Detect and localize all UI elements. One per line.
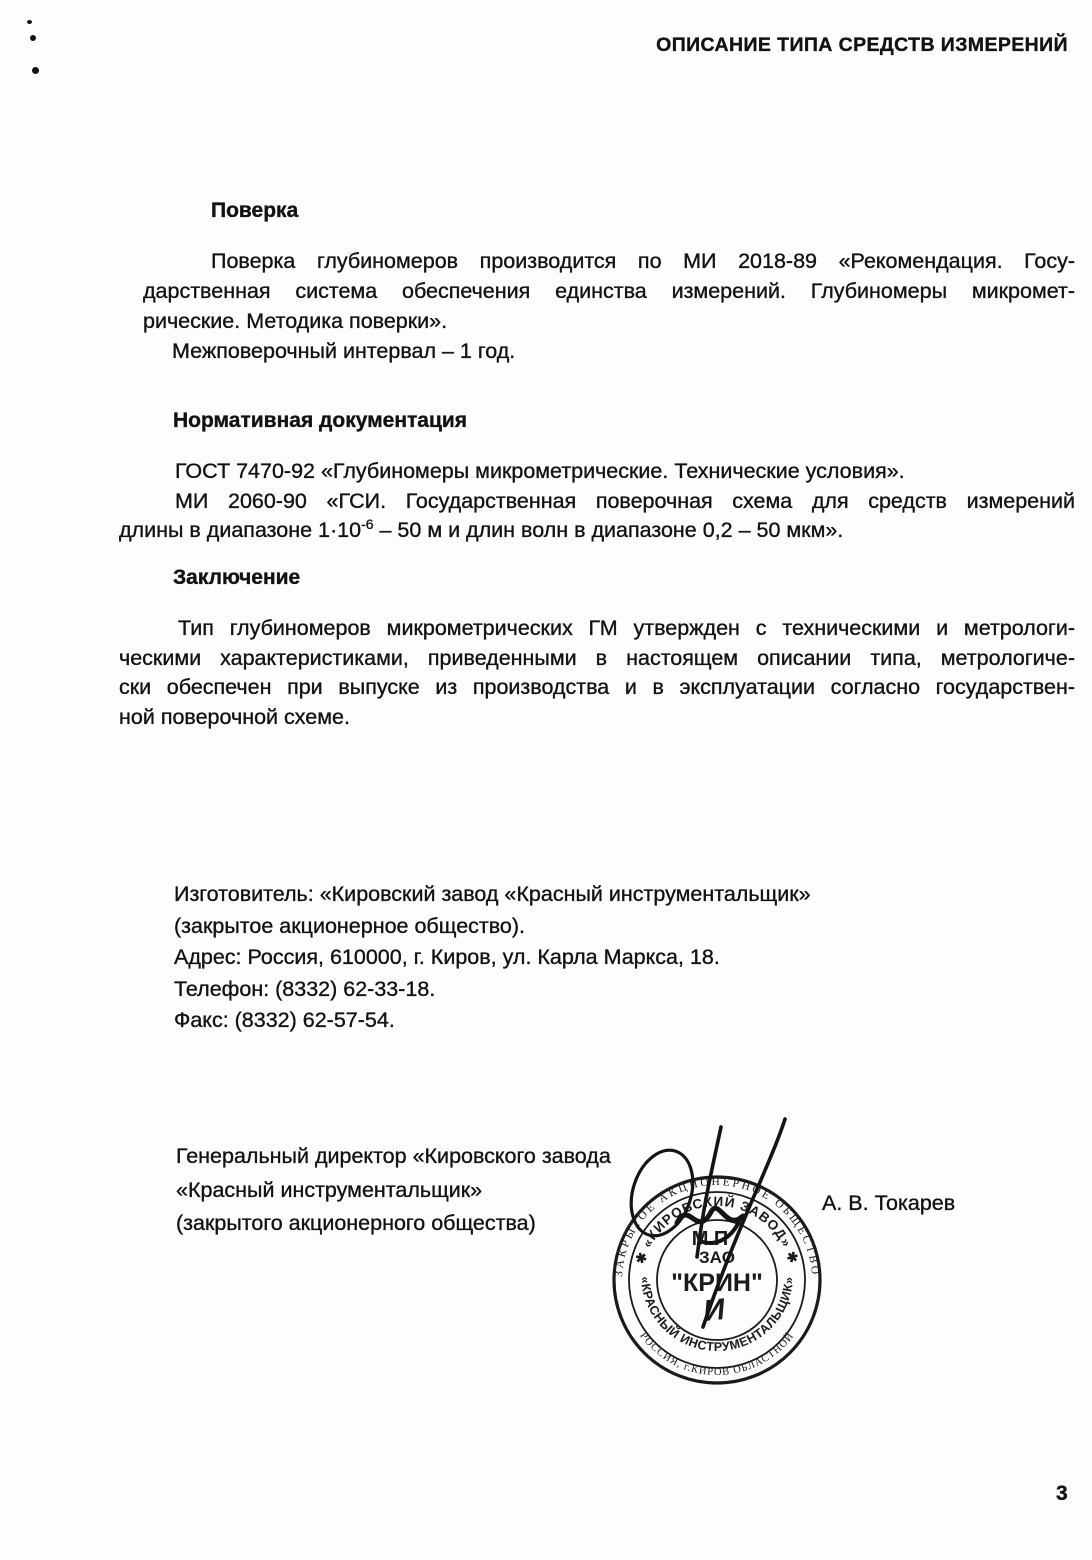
section-heading-normative: Нормативная документация (173, 409, 467, 433)
director-line: (закрытого акционерного общества) (176, 1207, 611, 1241)
company-stamp: ЗАКРЫТОЕ АКЦИОНЕРНОЕ ОБЩЕСТВО РОССИЯ, г.… (585, 1105, 865, 1405)
poverka-paragraph: Поверка глубиномеров производится по МИ … (143, 246, 1075, 366)
section-heading-poverka: Поверка (211, 199, 298, 223)
director-line: «Красный инструментальщик» (176, 1174, 611, 1208)
body-line: Тип глубиномеров микрометрических ГМ утв… (119, 614, 1075, 644)
body-line: ной поверочной схеме. (119, 703, 1075, 733)
body-line: ски обеспечен при выпуске из производств… (119, 673, 1075, 703)
scan-speck (32, 67, 39, 74)
body-line: длины в диапазоне 1·10-6 – 50 м и длин в… (119, 516, 1075, 546)
scan-speck (27, 20, 32, 24)
document-page: ОПИСАНИЕ ТИПА СРЕДСТВ ИЗМЕРЕНИЙ Поверка … (0, 0, 1092, 1560)
section-heading-conclusion: Заключение (173, 566, 300, 590)
body-line: ческими характеристиками, приведенными в… (119, 644, 1075, 674)
manufacturer-line: Изготовитель: «Кировский завод «Красный … (174, 879, 811, 911)
body-line: Поверка глубиномеров производится по МИ … (143, 246, 1075, 276)
conclusion-paragraph: Тип глубиномеров микрометрических ГМ утв… (119, 614, 1075, 732)
body-line-part: – 50 м и длин волн в диапазоне 0,2 – 50 … (374, 518, 844, 542)
body-line: дарственная система обеспечения единства… (143, 276, 1075, 306)
body-line: МИ 2060-90 «ГСИ. Государственная повероч… (119, 487, 1075, 517)
body-line: Межповерочный интервал – 1 год. (143, 336, 1075, 366)
director-title-block: Генеральный директор «Кировского завода … (176, 1140, 611, 1241)
manufacturer-line: (закрытое акционерное общество). (174, 911, 811, 943)
manufacturer-block: Изготовитель: «Кировский завод «Красный … (174, 879, 811, 1037)
manufacturer-line: Телефон: (8332) 62-33-18. (174, 974, 811, 1006)
manufacturer-line: Адрес: Россия, 610000, г. Киров, ул. Кар… (174, 942, 811, 974)
superscript-exponent: -6 (361, 516, 373, 532)
manufacturer-line: Факс: (8332) 62-57-54. (174, 1005, 811, 1037)
normative-paragraph: ГОСТ 7470-92 «Глубиномеры микрометрическ… (119, 457, 1075, 546)
scan-speck (30, 35, 36, 41)
body-line: ГОСТ 7470-92 «Глубиномеры микрометрическ… (119, 457, 1075, 487)
company-stamp-area: ЗАКРЫТОЕ АКЦИОНЕРНОЕ ОБЩЕСТВО РОССИЯ, г.… (585, 1105, 865, 1405)
body-line-part: длины в диапазоне 1·10 (119, 518, 361, 542)
director-line: Генеральный директор «Кировского завода (176, 1140, 611, 1174)
page-number: 3 (1056, 1482, 1068, 1506)
document-type-header: ОПИСАНИЕ ТИПА СРЕДСТВ ИЗМЕРЕНИЙ (600, 34, 1068, 57)
body-line: рические. Методика поверки». (143, 306, 1075, 336)
